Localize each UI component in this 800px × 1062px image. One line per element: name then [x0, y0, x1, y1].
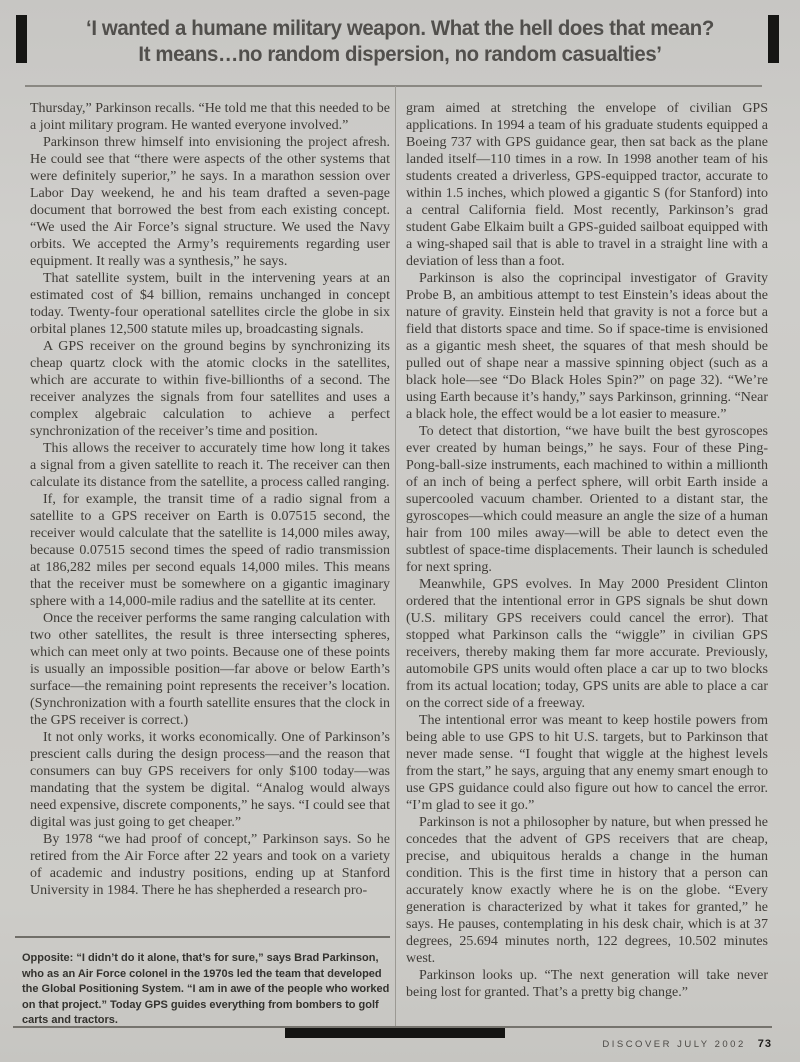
article-paragraph: If, for example, the transit time of a r…	[30, 491, 390, 610]
article-paragraph: A GPS receiver on the ground begins by s…	[30, 338, 390, 440]
pull-quote-line-2: It means…no random dispersion, no random…	[51, 42, 749, 68]
article-paragraph: Parkinson threw himself into envisioning…	[30, 134, 390, 270]
footer-black-bar-decoration	[285, 1028, 505, 1038]
pull-quote: ‘I wanted a humane military weapon. What…	[51, 16, 749, 68]
page-footer: DISCOVER JULY 2002 73	[602, 1038, 772, 1050]
header-rule	[25, 85, 762, 87]
pull-quote-line-1: ‘I wanted a humane military weapon. What…	[51, 16, 749, 42]
article-paragraph: By 1978 “we had proof of concept,” Parki…	[30, 831, 390, 899]
article-paragraph: Once the receiver performs the same rang…	[30, 610, 390, 729]
article-paragraph: This allows the receiver to accurately t…	[30, 440, 390, 491]
caption-rule	[15, 936, 390, 938]
article-paragraph: To detect that distortion, “we have buil…	[406, 423, 768, 576]
header-bar-right-decoration	[768, 15, 779, 63]
article-right-column: gram aimed at stretching the envelope of…	[406, 100, 768, 1020]
photo-caption: Opposite: “I didn’t do it alone, that’s …	[22, 951, 392, 1029]
magazine-page: ‘I wanted a humane military weapon. What…	[0, 0, 800, 1062]
article-paragraph: Meanwhile, GPS evolves. In May 2000 Pres…	[406, 576, 768, 712]
footer-magazine-title: DISCOVER JULY 2002	[602, 1039, 745, 1050]
article-paragraph: It not only works, it works economically…	[30, 729, 390, 831]
article-left-column: Thursday,” Parkinson recalls. “He told m…	[30, 100, 390, 934]
article-paragraph: Parkinson looks up. “The next generation…	[406, 967, 768, 1001]
article-paragraph: Thursday,” Parkinson recalls. “He told m…	[30, 100, 390, 134]
article-paragraph: gram aimed at stretching the envelope of…	[406, 100, 768, 270]
article-paragraph: The intentional error was meant to keep …	[406, 712, 768, 814]
header-bar-left-decoration	[16, 15, 27, 63]
article-paragraph: Parkinson is not a philosopher by nature…	[406, 814, 768, 967]
article-paragraph: Parkinson is also the coprincipal invest…	[406, 270, 768, 423]
footer-page-number: 73	[758, 1038, 772, 1050]
article-paragraph: That satellite system, built in the inte…	[30, 270, 390, 338]
column-divider-rule	[395, 86, 396, 1026]
